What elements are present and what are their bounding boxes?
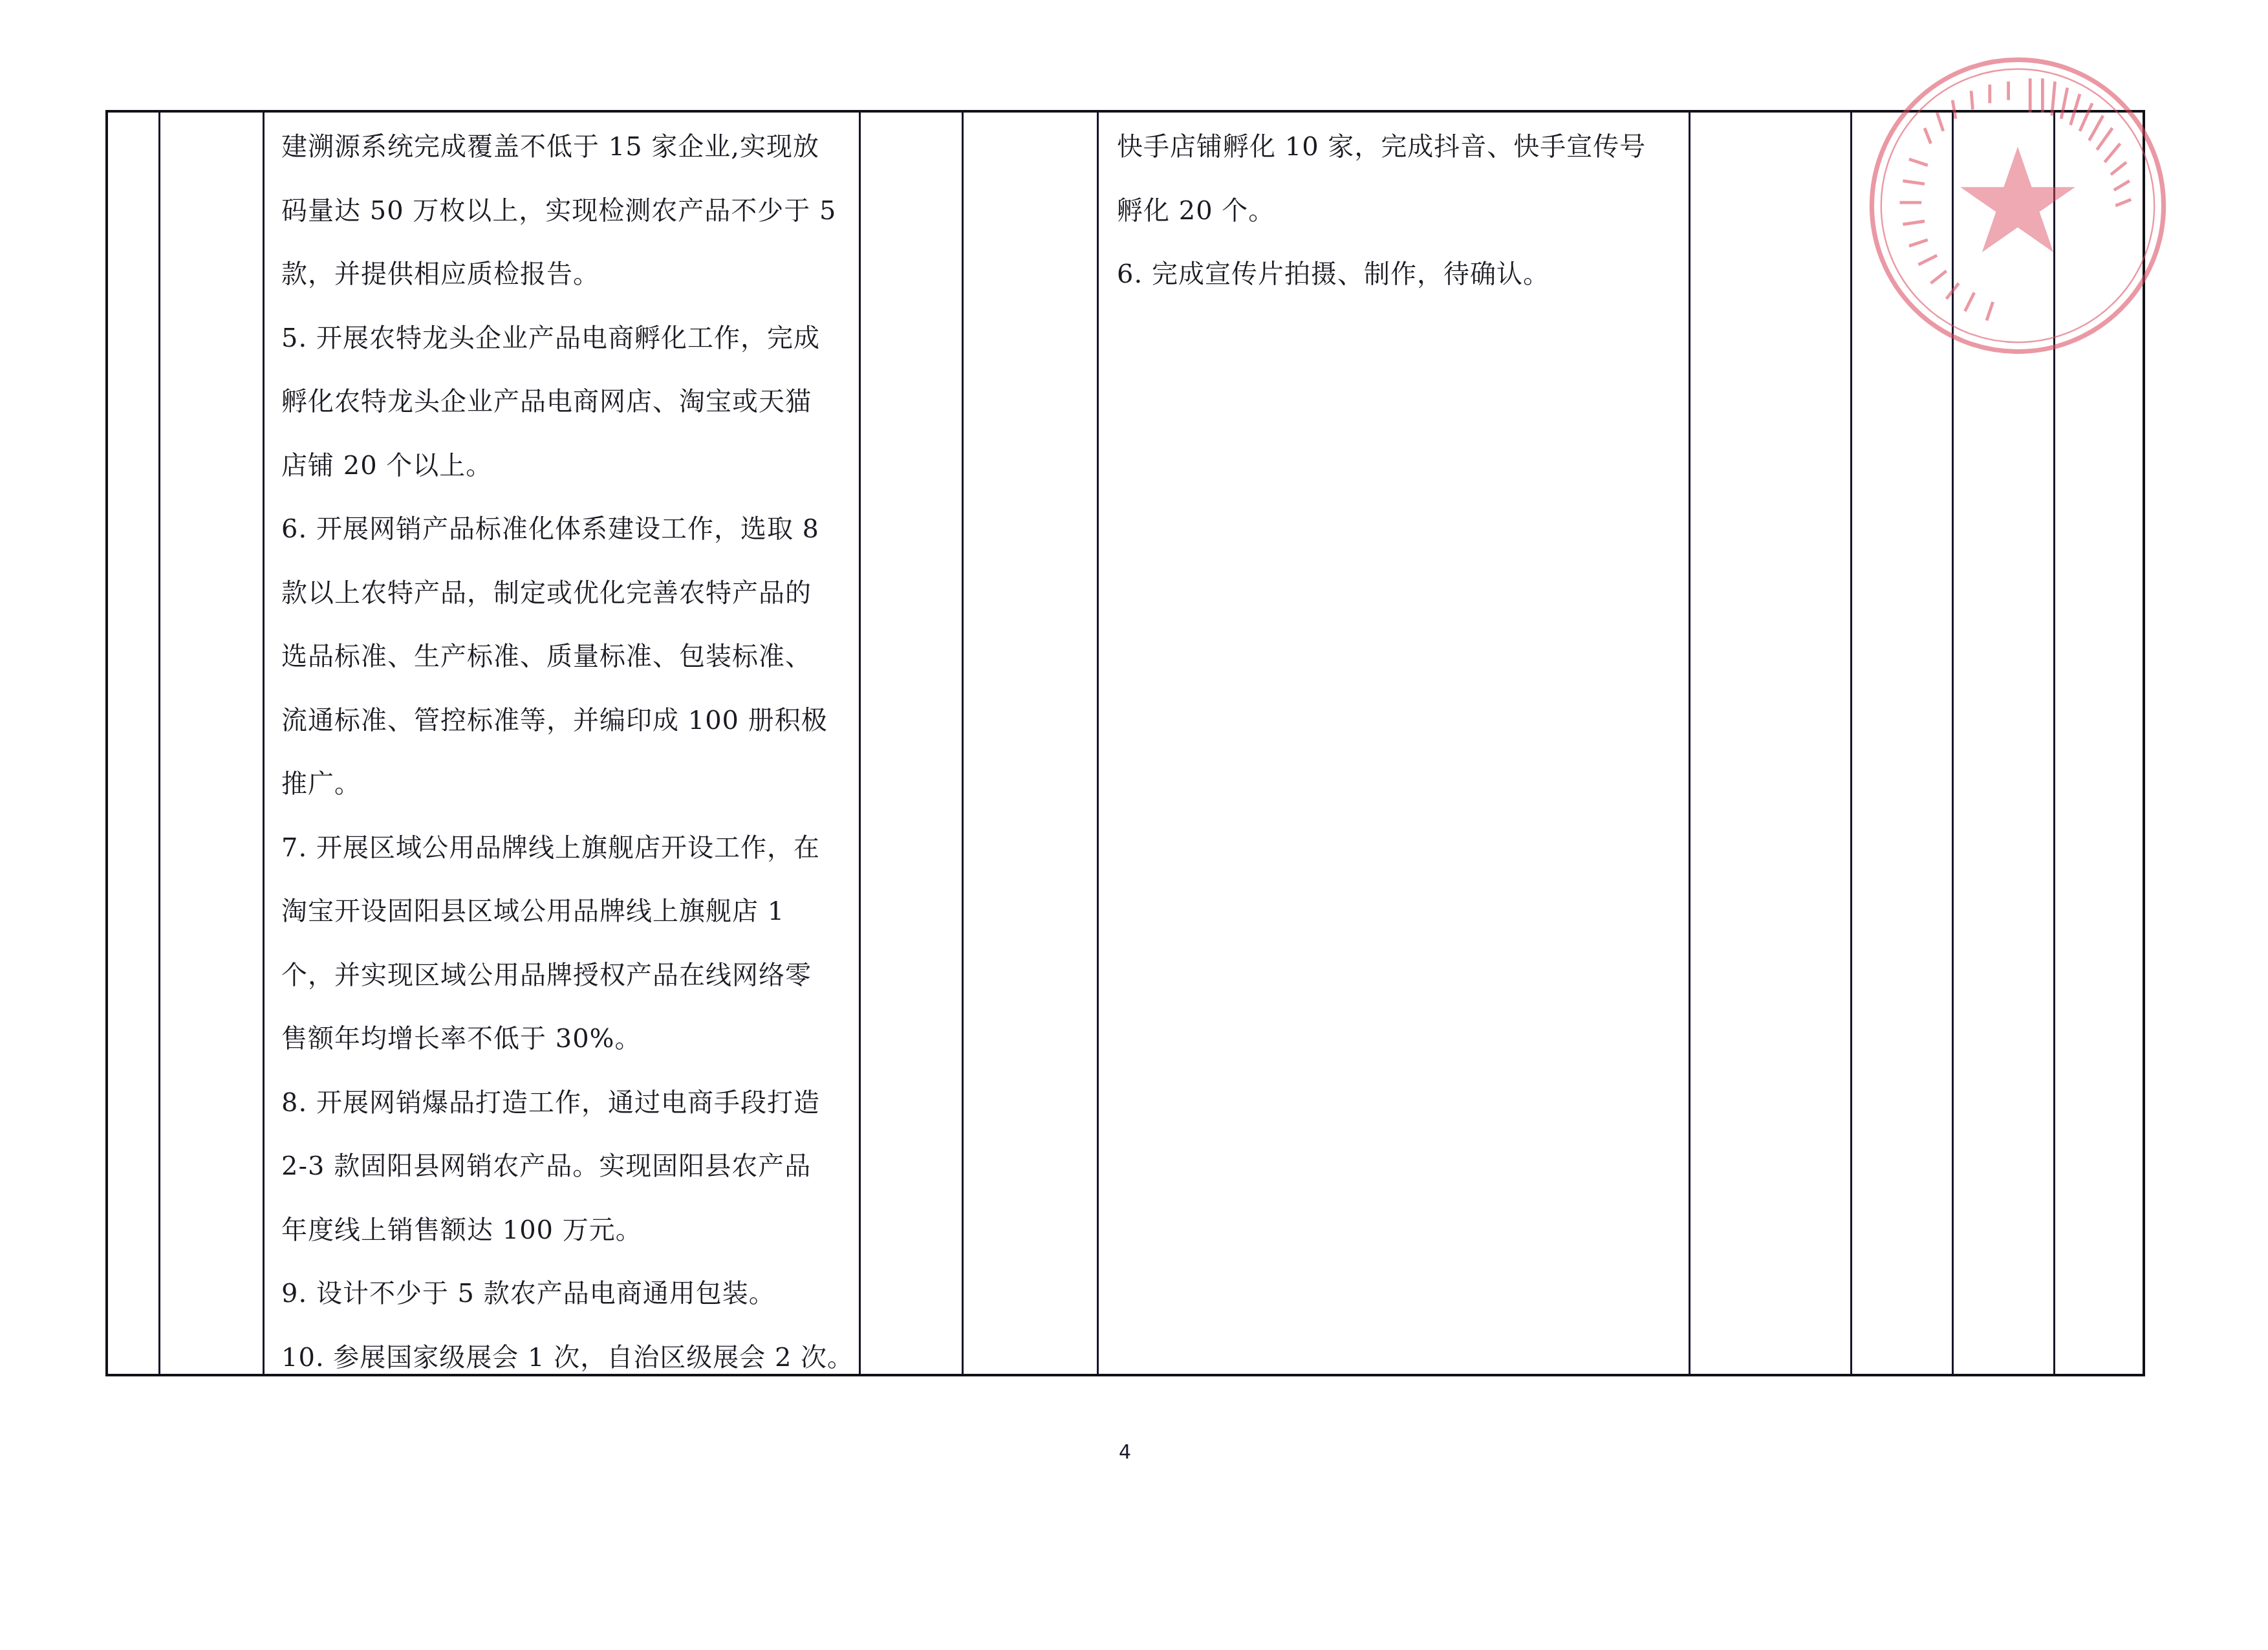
task-content-line: 9. 设计不少于 5 款农产品电商通用包装。 xyxy=(281,1262,854,1326)
task-content-line: 码量达 50 万枚以上，实现检测农产品不少于 5 xyxy=(281,179,854,243)
progress-line: 孵化 20 个。 xyxy=(1117,179,1646,243)
page-number: 4 xyxy=(1119,1441,1131,1464)
task-content-line: 10. 参展国家级展会 1 次，自治区级展会 2 次。 xyxy=(281,1326,854,1390)
progress-cell: 快手店铺孵化 10 家，完成抖音、快手宣传号孵化 20 个。6. 完成宣传片拍摄… xyxy=(1117,115,1646,307)
task-content-line: 7. 开展区域公用品牌线上旗舰店开设工作，在 xyxy=(281,816,854,880)
task-content-line: 淘宝开设固阳县区域公用品牌线上旗舰店 1 xyxy=(281,880,854,944)
column-divider xyxy=(263,113,265,1374)
task-content-line: 6. 开展网销产品标准化体系建设工作，选取 8 xyxy=(281,497,854,561)
task-content-line: 推广。 xyxy=(281,752,854,816)
task-content-line: 店铺 20 个以上。 xyxy=(281,434,854,498)
task-content-line: 孵化农特龙头企业产品电商网店、淘宝或天猫 xyxy=(281,370,854,434)
task-content-line: 8. 开展网销爆品打造工作，通过电商手段打造 xyxy=(281,1071,854,1135)
column-divider xyxy=(158,113,160,1374)
column-divider xyxy=(1097,113,1099,1374)
task-content-line: 年度线上销售额达 100 万元。 xyxy=(281,1199,854,1263)
task-content-line: 款，并提供相应质检报告。 xyxy=(281,243,854,307)
column-divider xyxy=(859,113,861,1374)
task-content-line: 售额年均增长率不低于 30%。 xyxy=(281,1007,854,1071)
progress-line: 6. 完成宣传片拍摄、制作，待确认。 xyxy=(1117,243,1646,307)
task-content-line: 选品标准、生产标准、质量标准、包装标准、 xyxy=(281,625,854,689)
task-content-line: 2-3 款固阳县网销农产品。实现固阳县农产品 xyxy=(281,1134,854,1199)
column-divider xyxy=(962,113,964,1374)
column-divider xyxy=(1689,113,1690,1374)
document-page: 建溯源系统完成覆盖不低于 15 家企业,实现放码量达 50 万枚以上，实现检测农… xyxy=(0,0,2268,1650)
column-divider xyxy=(1952,113,1954,1374)
task-content-cell: 建溯源系统完成覆盖不低于 15 家企业,实现放码量达 50 万枚以上，实现检测农… xyxy=(281,115,854,1389)
column-divider xyxy=(2053,113,2055,1374)
task-content-line: 款以上农特产品，制定或优化完善农特产品的 xyxy=(281,561,854,625)
task-content-line: 建溯源系统完成覆盖不低于 15 家企业,实现放 xyxy=(281,115,854,179)
task-content-line: 5. 开展农特龙头企业产品电商孵化工作，完成 xyxy=(281,307,854,371)
progress-line: 快手店铺孵化 10 家，完成抖音、快手宣传号 xyxy=(1117,115,1646,179)
task-content-line: 个，并实现区域公用品牌授权产品在线网络零 xyxy=(281,944,854,1008)
work-plan-table: 建溯源系统完成覆盖不低于 15 家企业,实现放码量达 50 万枚以上，实现检测农… xyxy=(105,110,2145,1376)
column-divider xyxy=(1850,113,1852,1374)
task-content-line: 流通标准、管控标准等，并编印成 100 册积极 xyxy=(281,689,854,753)
